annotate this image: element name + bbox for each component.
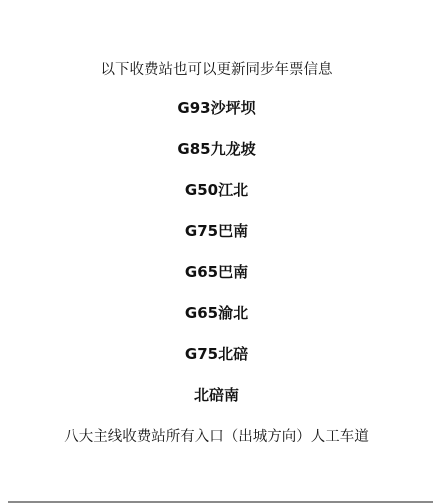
intro-text: 以下收费站也可以更新同步年票信息 xyxy=(0,60,433,80)
station-g65-yubei: G65渝北 xyxy=(0,303,433,323)
station-g85-jiulongpo: G85九龙坡 xyxy=(0,139,433,159)
station-g75-banan: G75巴南 xyxy=(0,221,433,241)
station-g93-shapingba: G93沙坪坝 xyxy=(0,98,433,118)
footer-text: 八大主线收费站所有入口（出城方向）人工车道 xyxy=(0,427,433,447)
station-g65-banan: G65巴南 xyxy=(0,262,433,282)
station-g75-beibei: G75北碚 xyxy=(0,344,433,364)
station-g50-jiangbei: G50江北 xyxy=(0,180,433,200)
station-beibei-south: 北碚南 xyxy=(0,385,433,405)
